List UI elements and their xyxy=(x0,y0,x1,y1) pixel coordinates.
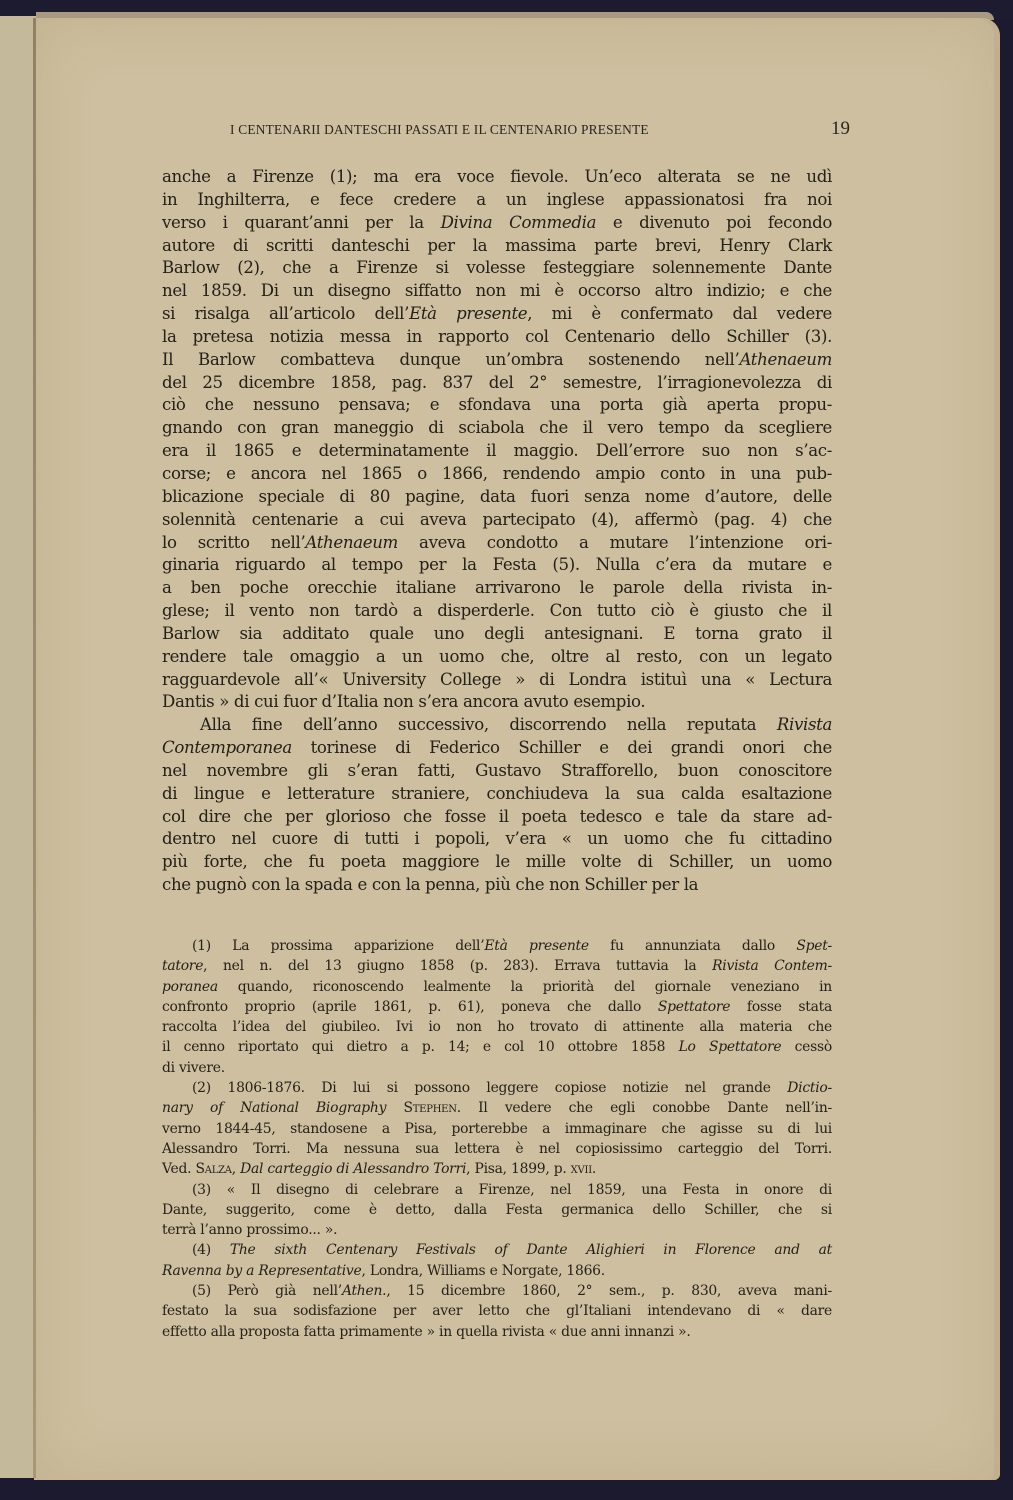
running-title: I CENTENARII DANTESCHI PASSATI E IL CENT… xyxy=(230,122,649,138)
footnote-line: di vivere. xyxy=(162,1058,832,1078)
text-line: che pugnò con la spada e con la penna, p… xyxy=(162,874,832,897)
text-line: nel novembre gli s’eran fatti, Gustavo S… xyxy=(162,760,832,783)
footnote-line: (3) « Il disegno di celebrare a Firenze,… xyxy=(162,1180,832,1200)
text-line: corse; e ancora nel 1865 o 1866, rendend… xyxy=(162,463,832,486)
text-line: Dantis » di cui fuor d’Italia non s’era … xyxy=(162,691,832,714)
text-line: di lingue e letterature straniere, conch… xyxy=(162,783,832,806)
text-line: ginaria riguardo al tempo per la Festa (… xyxy=(162,554,832,577)
footnote-line: Ravenna by a Representative, Londra, Wil… xyxy=(162,1261,832,1281)
text-line: Alla fine dell’anno successivo, discorre… xyxy=(162,714,832,737)
text-line: rendere tale omaggio a un uomo che, oltr… xyxy=(162,646,832,669)
text-line: lo scritto nell’Athenaeum aveva condotto… xyxy=(162,532,832,555)
footnote-line: terrà l’anno prossimo... ». xyxy=(162,1220,832,1240)
footnote-line: effetto alla proposta fatta primamente »… xyxy=(162,1322,832,1342)
footnote-line: tatore, nel n. del 13 giugno 1858 (p. 28… xyxy=(162,956,832,976)
text-line: Barlow sia additato quale uno degli ante… xyxy=(162,623,832,646)
text-line: la pretesa notizia messa in rapporto col… xyxy=(162,326,832,349)
footnote-line: (2) 1806-1876. Di lui si possono leggere… xyxy=(162,1078,832,1098)
footnote-line: poranea quando, riconoscendo lealmente l… xyxy=(162,977,832,997)
text-line: ciò che nessuno pensava; e sfondava una … xyxy=(162,394,832,417)
text-line: più forte, che fu poeta maggiore le mill… xyxy=(162,851,832,874)
footnote-line: Dante, suggerito, come è detto, dalla Fe… xyxy=(162,1200,832,1220)
footnote-line: (5) Però già nell’Athen., 15 dicembre 18… xyxy=(162,1281,832,1301)
footnote-line: nary of National Biography Stephen. Il v… xyxy=(162,1098,832,1118)
gutter-fold xyxy=(33,18,36,1478)
text-line: ragguardevole all’« University College »… xyxy=(162,669,832,692)
text-line: in Inghilterra, e fece credere a un ingl… xyxy=(162,189,832,212)
footnote-line: il cenno riportato qui dietro a p. 14; e… xyxy=(162,1037,832,1057)
footnote-line: festato la sua sodisfazione per aver let… xyxy=(162,1301,832,1321)
footnote-line: (1) La prossima apparizione dell’Età pre… xyxy=(162,936,832,956)
text-line: gnando con gran maneggio di sciabola che… xyxy=(162,417,832,440)
text-line: nel 1859. Di un disegno siffatto non mi … xyxy=(162,280,832,303)
text-line: glese; il vento non tardò a disperderle.… xyxy=(162,600,832,623)
footnote-line: raccolta l’idea del giubileo. Ivi io non… xyxy=(162,1017,832,1037)
text-line: a ben poche orecchie italiane arrivarono… xyxy=(162,577,832,600)
text-line: Barlow (2), che a Firenze si volesse fes… xyxy=(162,257,832,280)
running-header: I CENTENARII DANTESCHI PASSATI E IL CENT… xyxy=(230,118,850,140)
footnote-line: Ved. Salza, Dal carteggio di Alessandro … xyxy=(162,1159,832,1179)
text-line: Il Barlow combatteva dunque un’ombra sos… xyxy=(162,349,832,372)
text-line: Contemporanea torinese di Federico Schil… xyxy=(162,737,832,760)
footnote-line: verno 1844-45, standosene a Pisa, porter… xyxy=(162,1119,832,1139)
text-line: verso i quarant’anni per la Divina Comme… xyxy=(162,212,832,235)
text-line: si risalga all’articolo dell’Età present… xyxy=(162,303,832,326)
main-text: anche a Firenze (1); ma era voce fievole… xyxy=(162,166,832,897)
text-line: solennità centenarie a cui aveva parteci… xyxy=(162,509,832,532)
text-line: anche a Firenze (1); ma era voce fievole… xyxy=(162,166,832,189)
text-line: dentro nel cuore di tutti i popoli, v’er… xyxy=(162,828,832,851)
text-line: col dire che per glorioso che fosse il p… xyxy=(162,806,832,829)
text-line: del 25 dicembre 1858, pag. 837 del 2° se… xyxy=(162,372,832,395)
footnote-line: confronto proprio (aprile 1861, p. 61), … xyxy=(162,997,832,1017)
text-line: era il 1865 e determinatamente il maggio… xyxy=(162,440,832,463)
page-number: 19 xyxy=(831,118,850,140)
text-line: blicazione speciale di 80 pagine, data f… xyxy=(162,486,832,509)
footnote-line: (4) The sixth Centenary Festivals of Dan… xyxy=(162,1240,832,1260)
text-line: autore di scritti danteschi per la massi… xyxy=(162,235,832,258)
footnote-line: Alessandro Torri. Ma nessuna sua lettera… xyxy=(162,1139,832,1159)
footnotes: (1) La prossima apparizione dell’Età pre… xyxy=(162,936,832,1342)
